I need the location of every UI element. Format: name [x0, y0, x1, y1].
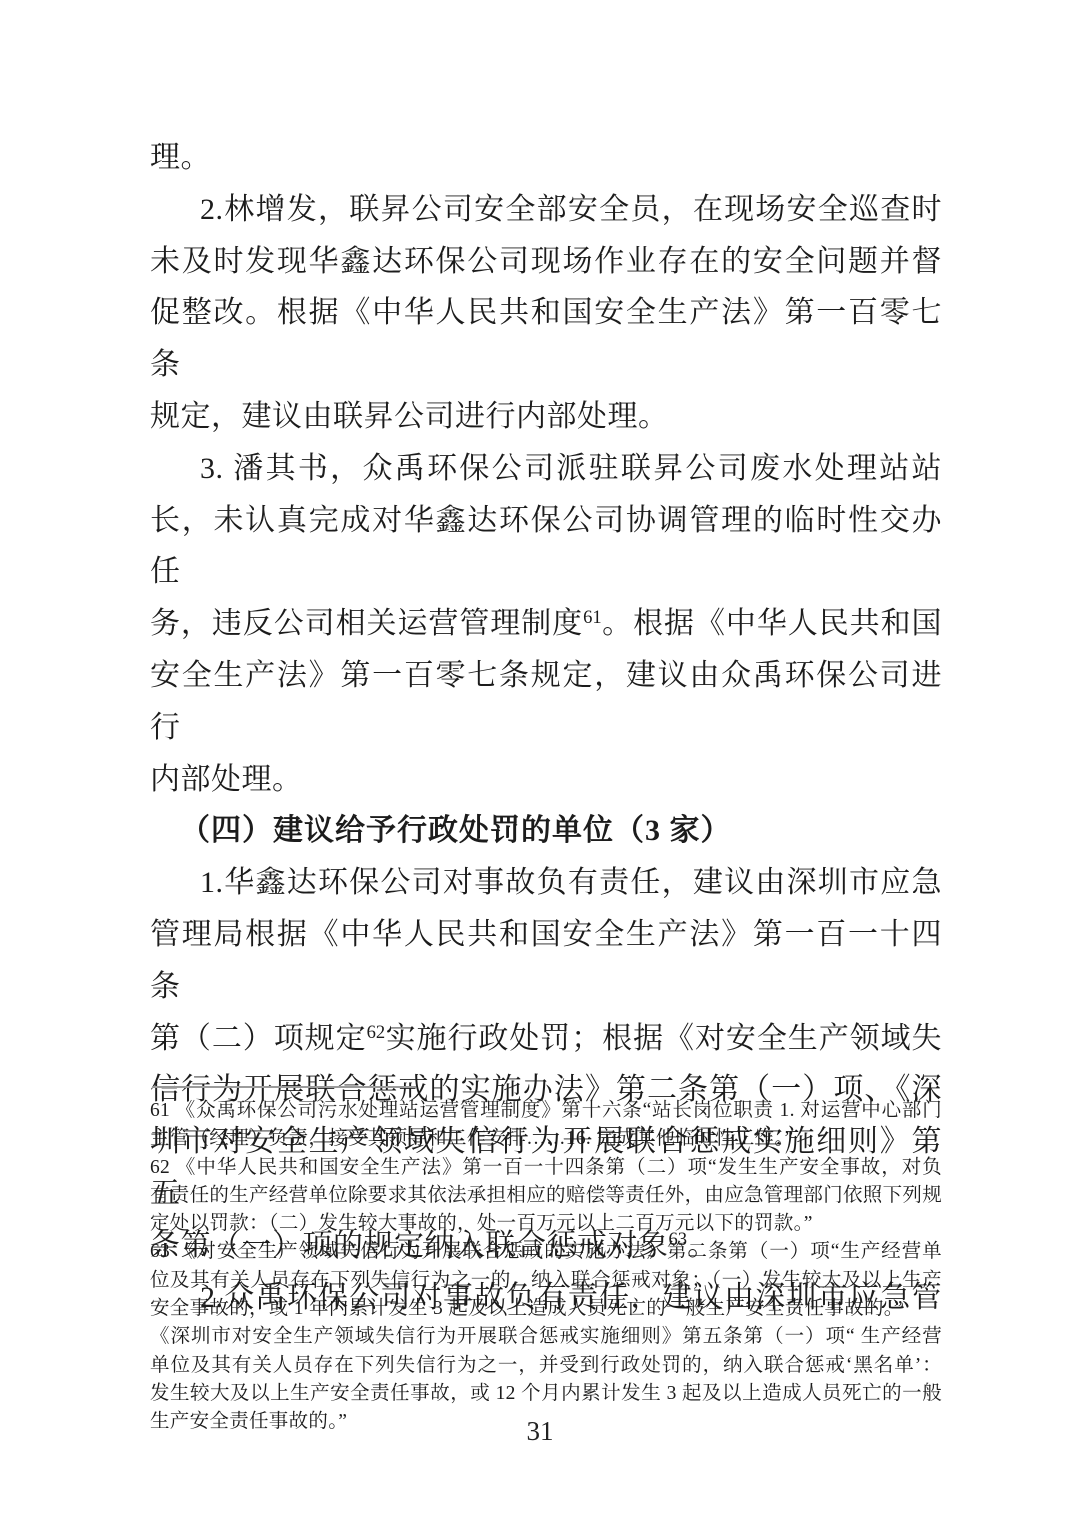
footnotes: 61 《众禹环保公司污水处理站运营管理制度》第十六条“站长岗位职责 1. 对运营… [150, 1097, 942, 1437]
text-line: 2.林增发，联昇公司安全部安全员，在现场安全巡查时 [150, 184, 942, 236]
text-line: 安全生产法》第一百零七条规定，建议由众禹环保公司进行 [150, 650, 942, 754]
text-line: 位及其有关人员存在下列失信行为之一的，纳入联合惩戒对象；（一）发生较大及以上生产 [150, 1267, 942, 1295]
text-line: 主管（经理）负责，接受其领导和工作安排……16. 完成其他临时性工作。” [150, 1125, 942, 1153]
section-heading: （四）建议给予行政处罚的单位（3 家） [150, 805, 942, 857]
footnote-separator [152, 1086, 416, 1088]
text-line: 安全事故的，或 1 年内累计发生 3 起及以上造成人员死亡的一般生产安全责任事故… [150, 1295, 942, 1323]
text-line: 发生较大及以上生产安全责任事故，或 12 个月内累计发生 3 起及以上造成人员死… [150, 1380, 942, 1408]
text-line: 《深圳市对安全生产领域失信行为开展联合惩戒实施细则》第五条第（一）项“ 生产经营 [150, 1323, 942, 1351]
text-line: 规定，建议由联昇公司进行内部处理。 [150, 391, 942, 443]
text-line: 61 《众禹环保公司污水处理站运营管理制度》第十六条“站长岗位职责 1. 对运营… [150, 1097, 942, 1125]
text-line: 促整改。根据《中华人民共和国安全生产法》第一百零七条 [150, 287, 942, 391]
text-line: 有责任的生产经营单位除要求其依法承担相应的赔偿等责任外，由应急管理部门依照下列规 [150, 1182, 942, 1210]
text-line: 未及时发现华鑫达环保公司现场作业存在的安全问题并督 [150, 236, 942, 288]
text-line: 理。 [150, 132, 942, 184]
text-line: 1.华鑫达环保公司对事故负有责任，建议由深圳市应急 [150, 857, 942, 909]
text-line: 管理局根据《中华人民共和国安全生产法》第一百一十四条 [150, 909, 942, 1013]
text-line: 3. 潘其书，众禹环保公司派驻联昇公司废水处理站站 [150, 443, 942, 495]
text-line: 第（二）项规定62实施行政处罚；根据《对安全生产领域失 [150, 1013, 942, 1065]
text-line: 63 《对安全生产领域失信行为开展联合惩戒的实施办法》第二条第（一）项“生产经营… [150, 1238, 942, 1266]
text-line: 定处以罚款：（二）发生较大事故的，处一百万元以上二百万元以下的罚款。” [150, 1210, 942, 1238]
text-line: 62 《中华人民共和国安全生产法》第一百一十四条第（二）项“发生生产安全事故，对… [150, 1154, 942, 1182]
text-line: 长，未认真完成对华鑫达环保公司协调管理的临时性交办任 [150, 495, 942, 599]
page-number: 31 [0, 1416, 1080, 1447]
text-line: 单位及其有关人员存在下列失信行为之一，并受到行政处罚的，纳入联合惩戒‘黑名单’： [150, 1352, 942, 1380]
text-line: 内部处理。 [150, 754, 942, 806]
text-line: 务，违反公司相关运营管理制度61。根据《中华人民共和国 [150, 598, 942, 650]
footnote-ref: 61 [583, 607, 602, 628]
footnote-ref: 62 [367, 1021, 386, 1042]
document-page: 理。2.林增发，联昇公司安全部安全员，在现场安全巡查时未及时发现华鑫达环保公司现… [0, 0, 1080, 1527]
